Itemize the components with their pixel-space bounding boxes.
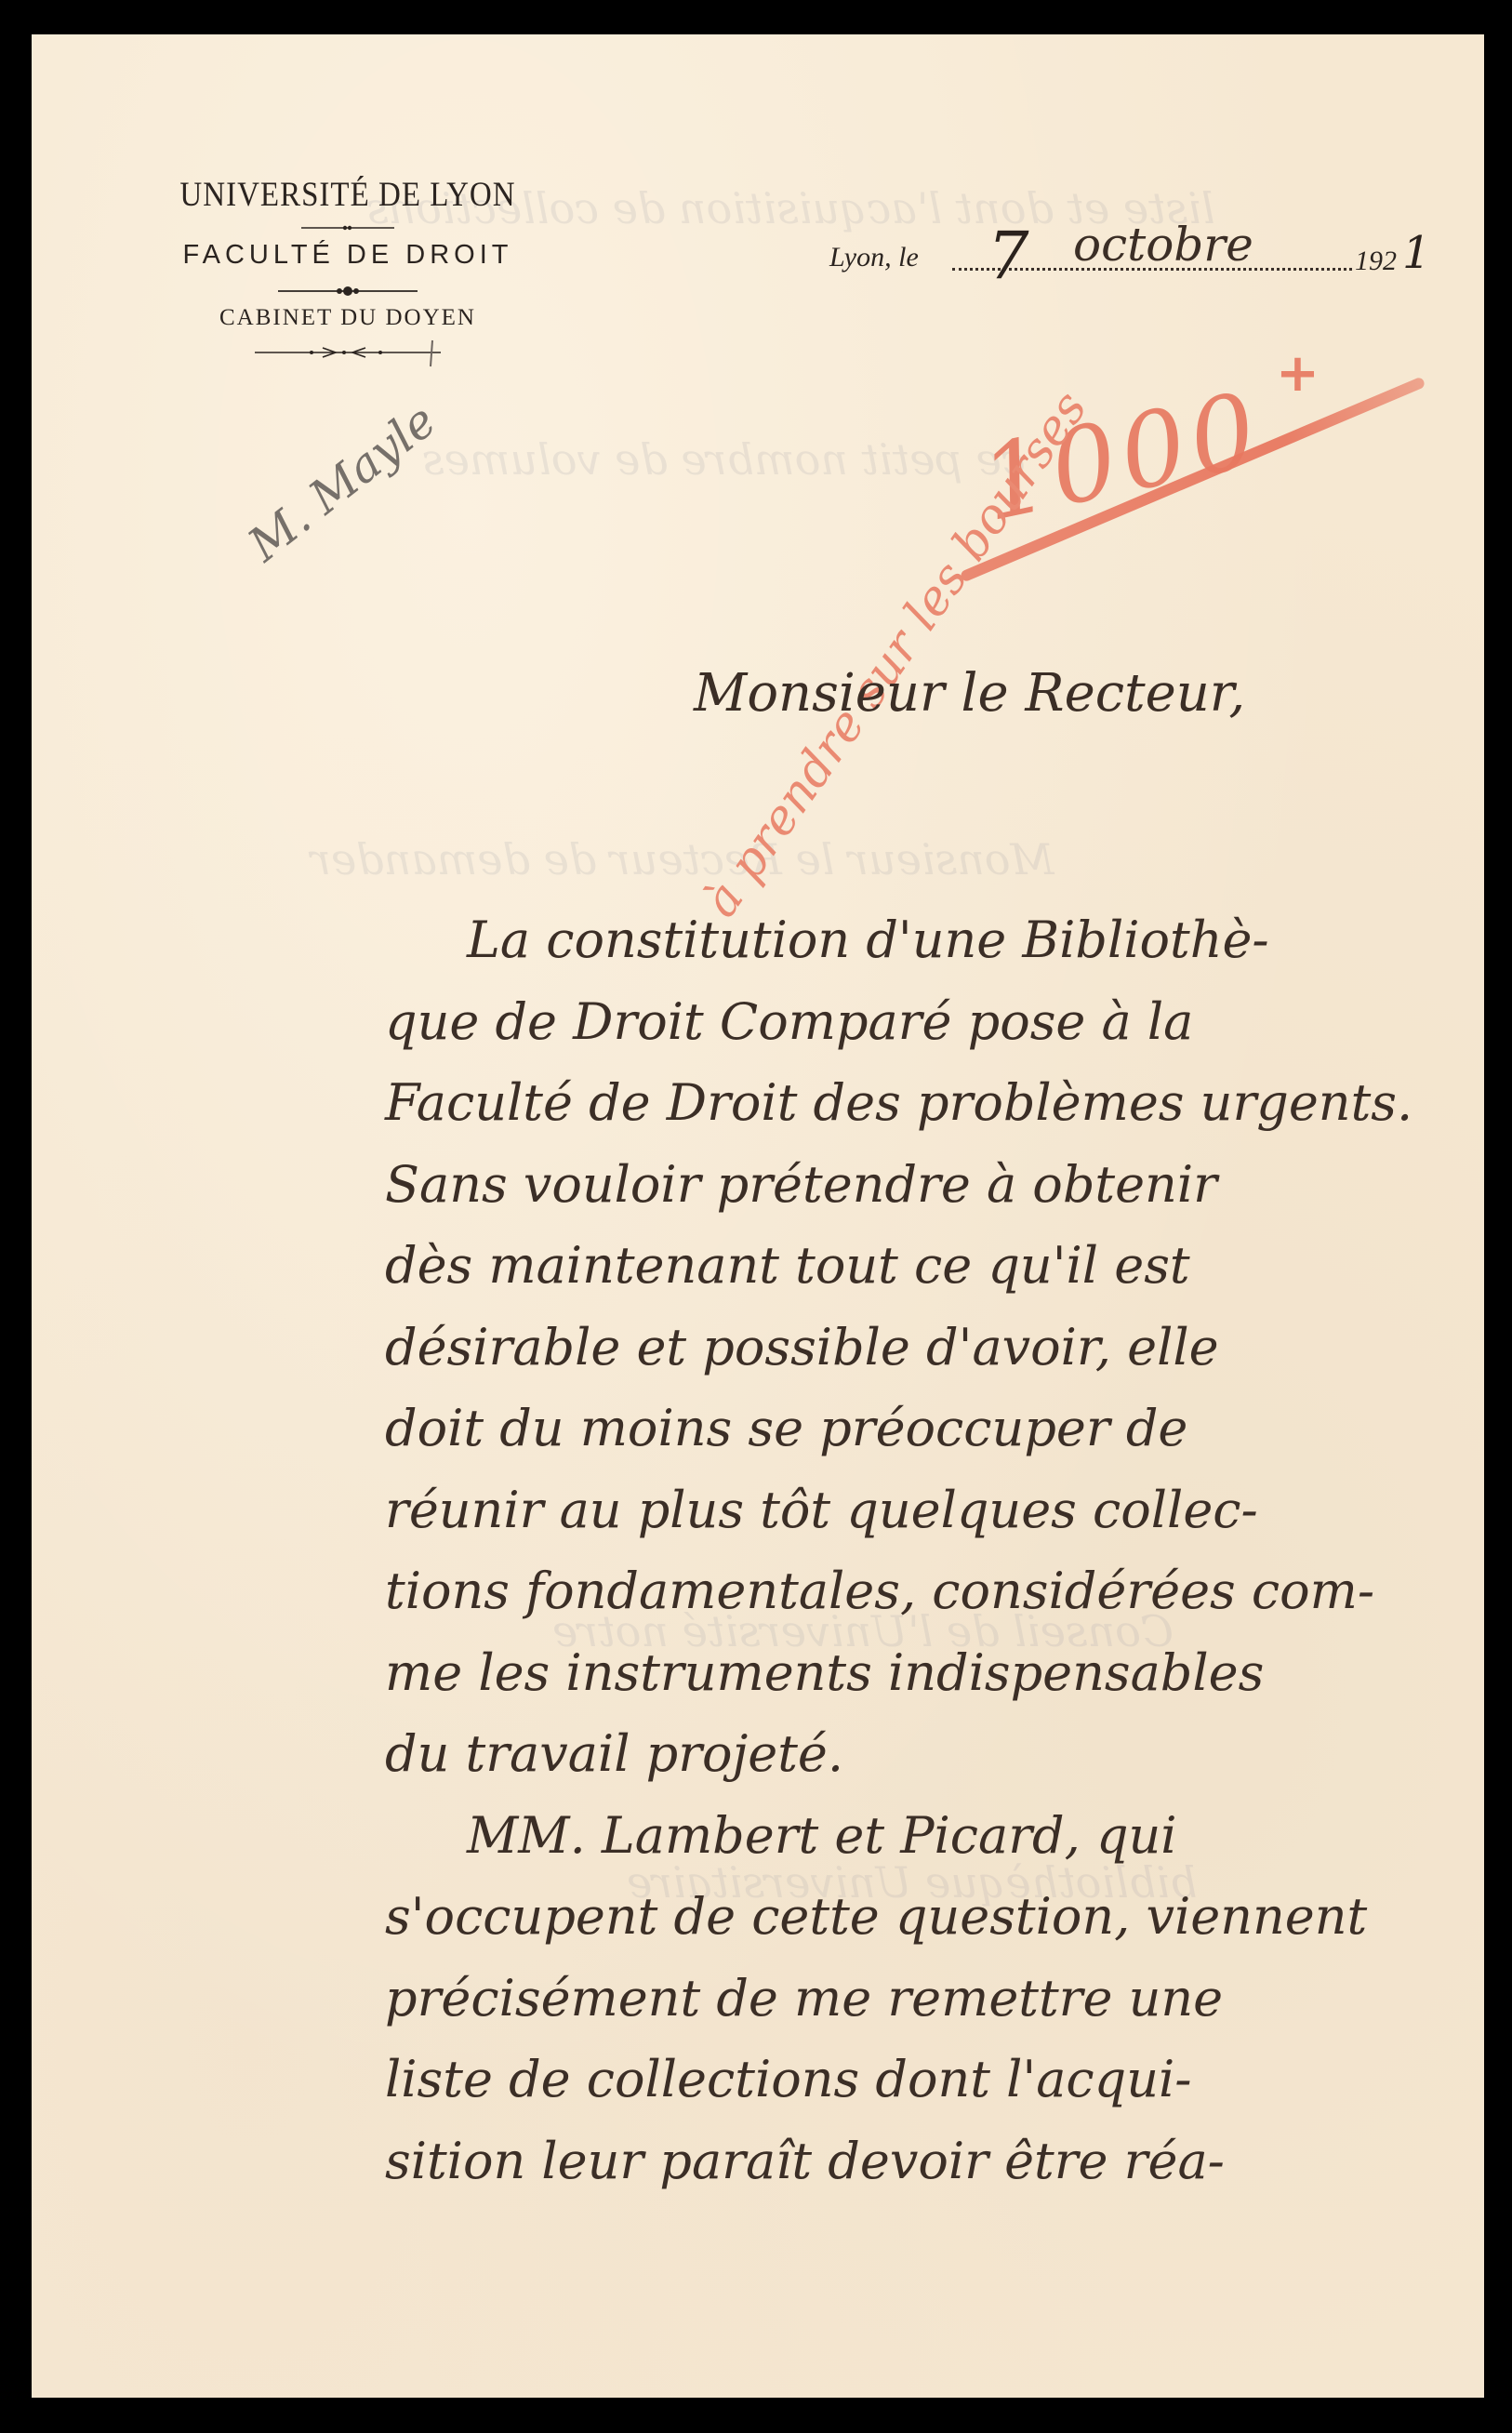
date-year-printed: 192	[1355, 246, 1397, 277]
ornament-divider-icon	[297, 216, 399, 240]
letter-body: La constitution d'une Bibliothè- que de …	[385, 899, 1484, 2201]
ornament-divider-icon	[273, 277, 422, 305]
show-through-text: Monsieur le Recteur de demander	[311, 834, 1054, 884]
dateline: Lyon, le 7 octobre 192 1	[829, 225, 1425, 299]
date-place-prefix: Lyon, le	[829, 242, 919, 273]
ornament-arrows-divider-icon	[250, 337, 445, 368]
pencil-annotation: M. Mayle	[238, 393, 445, 572]
show-through-text: ce petit nombre de volumes	[422, 434, 1026, 485]
body-line: s'occupent de cette question, viennent	[385, 1876, 1484, 1958]
date-day: 7	[988, 218, 1029, 294]
body-line: réunir au plus tôt quelques collec-	[385, 1469, 1484, 1551]
body-line: du travail projeté.	[385, 1713, 1484, 1795]
body-line: précisément de me remettre une	[385, 1958, 1484, 2040]
date-month: octobre	[1073, 218, 1253, 272]
body-line: Sans vouloir prétendre à obtenir	[385, 1144, 1484, 1226]
red-plus-annotation: +	[1276, 343, 1320, 404]
body-line: liste de collections dont l'acqui-	[385, 2039, 1484, 2121]
body-line: Faculté de Droit des problèmes urgents.	[385, 1062, 1484, 1144]
body-line: doit du moins se préoccuper de	[385, 1388, 1484, 1469]
body-line: désirable et possible d'avoir, elle	[385, 1307, 1484, 1389]
body-line: La constitution d'une Bibliothè-	[385, 899, 1484, 981]
salutation: Monsieur le Recteur,	[694, 663, 1245, 724]
letterhead-university: UNIVERSITÉ DE LYON	[171, 177, 524, 219]
body-line: que de Droit Comparé pose à la	[385, 981, 1484, 1063]
body-line: me les instruments indispensables	[385, 1632, 1484, 1714]
letter-page: liste et dont l'acquisition de collectio…	[32, 34, 1484, 2398]
body-line: dès maintenant tout ce qu'il est	[385, 1225, 1484, 1307]
letterhead-faculty: FACULTÉ DE DROIT	[171, 240, 524, 277]
body-line: sition leur paraît devoir être réa-	[385, 2121, 1484, 2202]
letterhead: UNIVERSITÉ DE LYON FACULTÉ DE DROIT CABI…	[171, 179, 524, 368]
body-line: tions fondamentales, considérées com-	[385, 1550, 1484, 1632]
body-line: MM. Lambert et Picard, qui	[385, 1795, 1484, 1877]
red-note-annotation: à prendre sur les bourses	[693, 381, 1098, 927]
letterhead-office: CABINET DU DOYEN	[171, 305, 524, 337]
date-year-handwritten: 1	[1402, 227, 1431, 279]
